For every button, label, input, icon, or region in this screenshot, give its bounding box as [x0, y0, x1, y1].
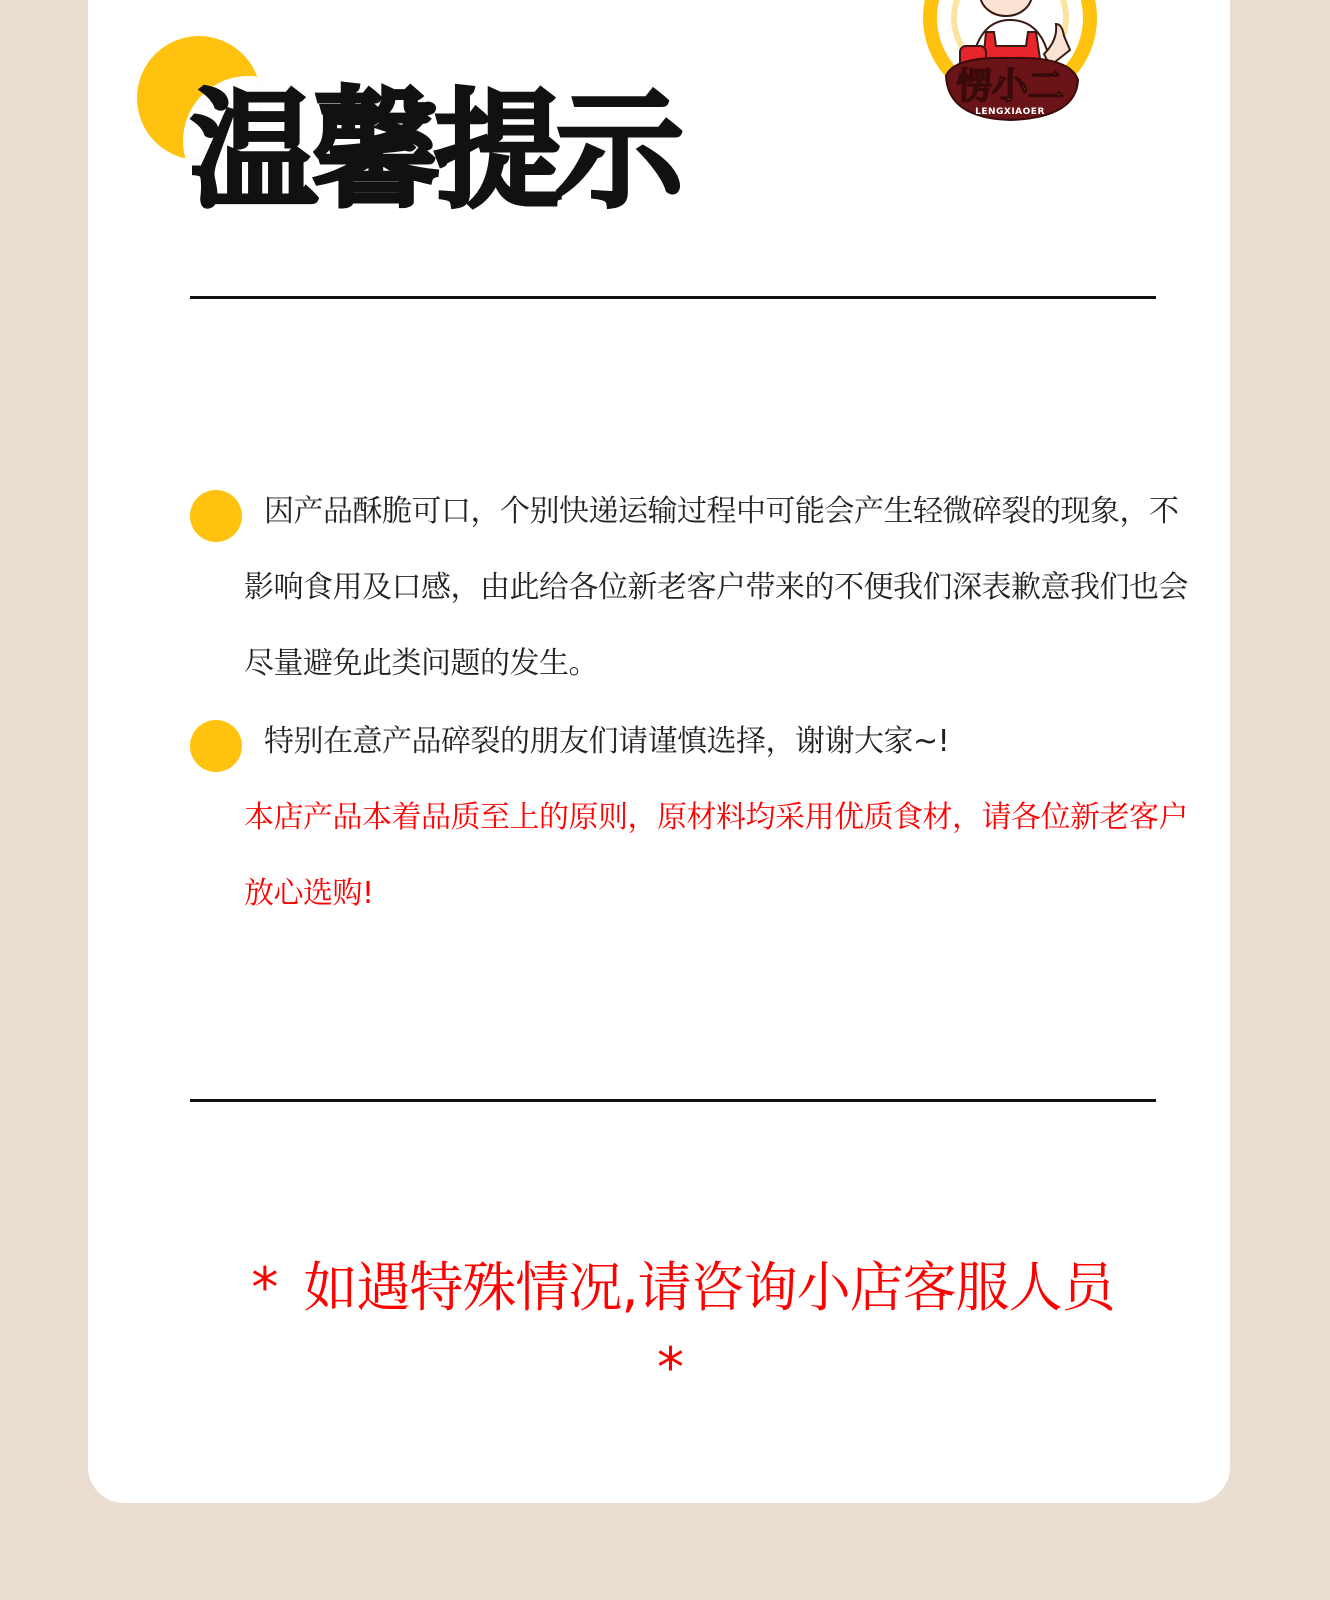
svg-text:愣小二: 愣小二	[956, 66, 1064, 107]
page-title: 温馨提示	[190, 82, 678, 222]
asterisk-icon: *	[251, 1248, 277, 1328]
divider-bottom	[190, 1099, 1156, 1102]
notice-item: 特别在意产品碎裂的朋友们请谨慎选择，谢谢大家~! 本店产品本着品质至上的原则，原…	[190, 704, 1200, 932]
brand-logo: 愣小二 LENGXIAOER	[920, 0, 1100, 140]
notice-item: 因产品酥脆可口，个别快递运输过程中可能会产生轻微碎裂的现象，不影响食用及口感，由…	[190, 474, 1200, 702]
mascot-icon: 愣小二 LENGXIAOER	[920, 0, 1100, 140]
notice-text: 因产品酥脆可口，个别快递运输过程中可能会产生轻微碎裂的现象，不影响食用及口感，由…	[190, 474, 1200, 702]
yellow-dot-icon	[190, 720, 242, 772]
asterisk-icon: *	[657, 1328, 683, 1408]
quality-highlight-text: 本店产品本着品质至上的原则，原材料均采用优质食材，请各位新老客户放心选购!	[190, 780, 1200, 932]
notice-text: 特别在意产品碎裂的朋友们请谨慎选择，谢谢大家~!	[190, 704, 1200, 780]
svg-text:LENGXIAOER: LENGXIAOER	[975, 107, 1045, 117]
divider-top	[190, 296, 1156, 299]
yellow-dot-icon	[190, 490, 242, 542]
customer-service-text: 如遇特殊情况,请咨询小店客服人员	[303, 1256, 1114, 1319]
customer-service-note: *如遇特殊情况,请咨询小店客服人员*	[200, 1248, 1140, 1408]
